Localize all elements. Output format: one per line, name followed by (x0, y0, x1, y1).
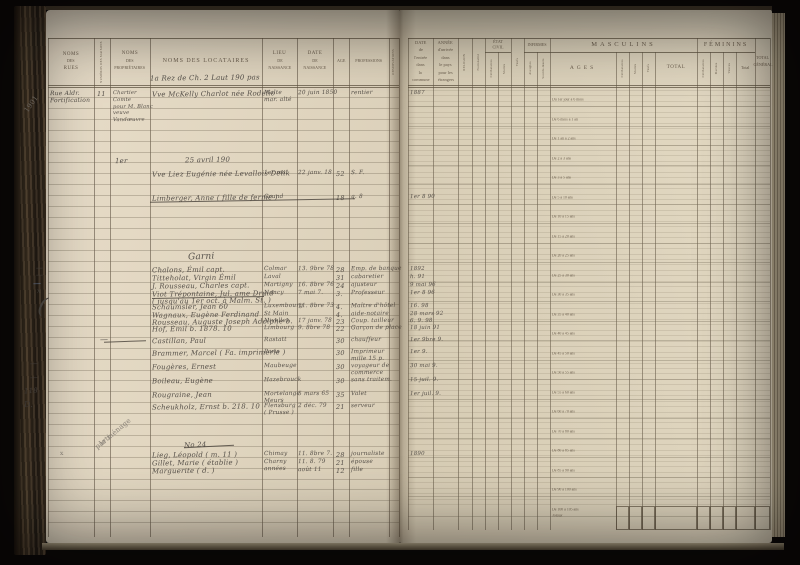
header-numeros-maisons: NUMÉROS DES MAISONS (94, 40, 110, 84)
grid-line (408, 488, 770, 489)
age-row-line (408, 243, 770, 244)
header-text: MASCULINS (591, 41, 656, 49)
age-bracket-label: De 15 à 20 ans (552, 235, 575, 239)
age-row-line (408, 223, 770, 224)
register-entry-place: Colmar (264, 266, 287, 272)
age-bracket-label: De 70 à 80 ans (552, 430, 575, 434)
register-entry-prof: voyageur de (351, 363, 389, 369)
grid-line (408, 303, 770, 304)
header-text: étrangers (437, 78, 453, 84)
header-religion: RELIGION (458, 39, 472, 85)
age-row-line (408, 457, 770, 458)
column-line (150, 38, 151, 537)
register-entry-place: Hazebrouck (264, 377, 302, 383)
register-entry-date: 2 déc. 79 (298, 403, 327, 409)
register-entry-place: Maubeuge (264, 363, 297, 369)
register-entry-name: Marguerite ( d. ) (152, 467, 215, 476)
header-celibataires: Célibataires (485, 52, 498, 85)
rule-line (48, 108, 399, 109)
register-entry-street: Fortification (50, 97, 90, 104)
column-line (48, 38, 49, 537)
totals-cell (629, 506, 642, 530)
header-text: NUMÉROS DES MAISONS (100, 41, 104, 83)
rule-line (48, 468, 399, 469)
rule-line (48, 261, 399, 262)
totaux-label: Totaux (552, 514, 562, 518)
header-text: de (418, 48, 422, 54)
header-text: TOTAL (756, 56, 769, 61)
column-line (537, 52, 538, 530)
margin-mark: — (36, 271, 43, 279)
column-line (511, 38, 512, 530)
column-line (755, 38, 756, 530)
grid-line (408, 373, 770, 374)
rule-line (48, 206, 399, 207)
grid-line (408, 150, 770, 151)
column-line (110, 38, 111, 537)
grid-line (408, 95, 770, 96)
register-entry-age: 30 (336, 337, 345, 345)
header-text: Célibataires (490, 59, 494, 77)
header-text: RELIGION (463, 54, 467, 71)
margin-mark: Garni (188, 252, 215, 263)
header-text: NOMS (63, 52, 79, 58)
register-entry-prof: rentier (351, 90, 373, 96)
register-entry-prof: chauffeur (351, 337, 381, 343)
grid-line (408, 259, 770, 260)
header-text: NAISSANCE (304, 66, 327, 71)
grid-line (408, 264, 770, 265)
age-row-line (408, 399, 770, 400)
age-bracket-label: De 45 à 50 ans (552, 352, 575, 356)
register-entry-prof: Imprimeur (351, 349, 384, 355)
age-bracket-label: De 55 à 60 ans (552, 391, 575, 395)
header-masc-veufs: Veufs (642, 52, 655, 85)
age-row-line (408, 379, 770, 380)
header-text: Veufs (516, 58, 520, 66)
grid-line (408, 395, 770, 396)
column-line (524, 38, 525, 530)
grid-line (408, 499, 770, 500)
grid-line (408, 286, 770, 287)
grid-line (408, 215, 770, 216)
age-row-line (408, 262, 770, 263)
register-entry-place: Flensburg (264, 403, 296, 409)
age-bracket-label: De 30 à 35 ans (552, 293, 575, 297)
totals-cell (755, 506, 770, 530)
age-row-line (408, 106, 770, 107)
register-entry-date: 9. 8bre 78 (298, 325, 330, 331)
grid-line (408, 199, 770, 200)
margin-mark: 25 avril 190 (185, 156, 230, 165)
grid-line (408, 101, 770, 102)
register-entry-date: 11. 8bre 73 (298, 303, 334, 309)
column-line (349, 38, 350, 537)
header-text: DATE (308, 51, 323, 57)
header-text: ÉTAT CIVIL (489, 40, 507, 50)
header-text: la (419, 70, 422, 76)
grid-line (408, 90, 770, 91)
age-bracket-label: Du 1er jour à 6 mois (552, 98, 584, 102)
age-bracket-label: De 5 à 10 ans (552, 196, 573, 200)
header-noms-des-rues: NOMS DES RUES (48, 40, 94, 84)
register-entry-place: St Main (264, 311, 289, 317)
header-text: AGE (337, 59, 345, 64)
header-text: dans (441, 55, 449, 61)
register-entry-prof: S. F. (351, 170, 364, 176)
book-gutter-shadow (386, 9, 416, 543)
age-row-line (408, 477, 770, 478)
column-line (472, 38, 473, 530)
register-entry-name: Hof, Émil b. 1878. 10 (152, 325, 232, 334)
register-entry-age: 30 (336, 363, 345, 371)
register-entry-prof: cabaretier (351, 274, 384, 280)
rule-line (48, 391, 399, 392)
header-ages: AGES (550, 52, 616, 85)
header-group-infirmes: INFIRMES (524, 39, 550, 52)
header-text: NOMS (122, 51, 138, 57)
register-entry-prof: ajusteur (351, 282, 377, 288)
register-entry-prof: Valet (351, 391, 367, 397)
grid-line (408, 406, 770, 407)
page-edges-right (772, 13, 785, 537)
age-row-line (408, 184, 770, 185)
rule-line (48, 489, 399, 490)
register-entry-prof: mille 15 p. (351, 356, 384, 362)
header-rule (48, 85, 399, 86)
grid-line (408, 270, 770, 271)
column-line (697, 38, 698, 530)
register-entry-name: Boileau, Eugène (152, 377, 213, 386)
age-bracket-label: De 3 à 5 ans (552, 176, 571, 180)
age-row-line (408, 145, 770, 146)
grid-line (408, 155, 770, 156)
header-noms-proprietaires: NOMS DES PROPRIÉTAIRES (110, 40, 150, 84)
header-text: DES (67, 59, 75, 64)
rule-line (48, 370, 399, 371)
register-entry-prop: Comte (113, 97, 131, 103)
header-text: pour les (438, 70, 452, 76)
rule-line (48, 228, 399, 229)
scanned-census-register-photo: NOMS DES RUES NUMÉROS DES MAISONS NOMS D… (0, 0, 800, 565)
grid-line (408, 433, 770, 434)
header-rule (48, 38, 399, 39)
header-masc-celibataires: Célibataires (616, 52, 629, 85)
register-entry-prof: aide-notaire (351, 311, 389, 317)
age-row-line (408, 360, 770, 361)
register-entry-place: Malte (264, 90, 282, 96)
grid-line (408, 128, 770, 129)
grid-line (408, 461, 770, 462)
age-bracket-label: De 60 à 70 ans (552, 410, 575, 414)
register-entry-date: 13. 9bre 78 (298, 266, 334, 272)
totals-cell (723, 506, 736, 530)
header-rule (408, 87, 770, 88)
rule-line (48, 424, 399, 425)
age-bracket-label: De 50 à 55 ans (552, 371, 575, 375)
header-text: Veuves (728, 63, 732, 74)
age-bracket-label: De 2 à 3 ans (552, 157, 571, 161)
grid-line (408, 226, 770, 227)
age-bracket-label: De 35 à 40 ans (552, 313, 575, 317)
header-text: Aveugles (529, 62, 533, 76)
margin-mark: 1er (115, 157, 128, 165)
age-bracket-label: De 80 à 85 ans (552, 449, 575, 453)
register-entry-name: Castillan, Paul (152, 337, 206, 346)
header-aveugles: Aveugles (524, 52, 537, 85)
age-row-line (408, 418, 770, 419)
header-text: TOTAL (667, 65, 685, 71)
column-line (94, 38, 95, 537)
column-line (550, 38, 551, 530)
register-entry-place: mar. alté (264, 97, 292, 103)
grid-line (408, 248, 770, 249)
grid-line (408, 450, 770, 451)
header-nationalite: Nationalité (472, 39, 485, 85)
rule-line (48, 239, 399, 240)
age-bracket-label: De 10 à 15 ans (552, 215, 575, 219)
register-entry-date: 22 janv. 18 (298, 170, 332, 176)
header-text: DES (126, 59, 134, 64)
grid-line (408, 161, 770, 162)
grid-line (408, 254, 770, 255)
grid-line (408, 166, 770, 167)
register-entry-prof: serveur (351, 403, 375, 409)
header-text: DE (312, 59, 317, 64)
rule-line (48, 184, 399, 185)
grid-line (408, 428, 770, 429)
register-entry-age: 22 (336, 325, 345, 333)
rule-line (48, 435, 399, 436)
age-bracket-label: De 40 à 45 ans (552, 332, 575, 336)
register-entry-age: 35 (336, 391, 345, 399)
header-text: Célibataires (702, 59, 706, 77)
grid-line (408, 324, 770, 325)
register-entry-date: 5 mars 65 (298, 391, 329, 397)
grid-line (408, 444, 770, 445)
grid-line (408, 297, 770, 298)
grid-line (408, 112, 770, 113)
register-entry-age: 30 (336, 377, 345, 385)
grid-line (408, 330, 770, 331)
column-line (655, 52, 656, 530)
header-text: dans (416, 63, 424, 69)
header-maries: Mariés (498, 52, 511, 85)
header-text: PROFESSIONS (356, 59, 383, 64)
rule-line (48, 152, 399, 153)
header-text: ANNÉE (438, 40, 453, 46)
age-bracket-label: De 100 à 105 ans (552, 508, 579, 512)
rule-line (48, 413, 399, 414)
header-professions: PROFESSIONS (349, 40, 389, 84)
header-fem-total: Total (736, 52, 755, 85)
register-entry-date: 17 janv. 78 (298, 318, 332, 324)
register-entry-age: 28 (336, 451, 345, 459)
register-entry-date: 11. 8bre 7. (298, 451, 332, 457)
register-entry-age: 4. (336, 303, 343, 311)
header-text: RUES (64, 66, 79, 72)
grid-line (408, 117, 770, 118)
register-entry-place: Limbourg (264, 325, 294, 331)
header-fem-mariees: Mariées (710, 52, 723, 85)
rule-line (48, 217, 399, 218)
totals-cell (642, 506, 655, 530)
register-entry-place: 1er mai (264, 170, 288, 176)
header-text: DE (277, 59, 282, 64)
header-lieu-naissance: LIEU DE NAISSANCE (262, 40, 297, 84)
register-entry-date: 11. 8. 79 (298, 459, 326, 465)
header-text: Célibataires (621, 59, 625, 77)
age-row-line (408, 282, 770, 283)
age-row-line (408, 438, 770, 439)
header-veufs: Veufs (511, 39, 524, 85)
header-sourds-muets: Sourds-muets (537, 52, 550, 85)
grid-line (408, 188, 770, 189)
grid-line (408, 390, 770, 391)
register-entry-prop: veuve (113, 110, 129, 116)
age-row-line (408, 204, 770, 205)
register-entry-place: Nancy (264, 290, 284, 296)
totals-cell (697, 506, 710, 530)
grid-line (408, 232, 770, 233)
header-text: Mariées (715, 63, 719, 75)
register-entry-prof: Professeur (351, 290, 385, 296)
totals-cell (736, 506, 755, 530)
grid-line (408, 194, 770, 195)
header-text: Sourds-muets (542, 58, 546, 78)
column-line (736, 52, 737, 530)
register-entry-age: 31 (336, 274, 345, 282)
register-entry-age: 28 (336, 266, 345, 274)
register-entry-date: 7 mai 7. (298, 290, 323, 296)
grid-line (408, 466, 770, 467)
grid-line (408, 221, 770, 222)
rule-line (48, 119, 399, 120)
register-entry-prop: Vandœuvre (113, 117, 145, 123)
register-entry-place: Charny (264, 459, 287, 465)
age-row-line (408, 165, 770, 166)
column-line (262, 38, 263, 537)
age-bracket-label: De 20 à 25 ans (552, 254, 575, 258)
margin-mark: 118 (24, 387, 38, 396)
header-text: LIEU (273, 51, 286, 57)
header-text: PROPRIÉTAIRES (115, 66, 146, 71)
margin-mark: 1a Rez de Ch. 2 Laut 190 pas (150, 73, 260, 82)
grid-line (408, 384, 770, 385)
grid-line (408, 335, 770, 336)
register-entry-place: années (264, 466, 286, 472)
rule-line (48, 130, 399, 131)
header-masculins: MASCULINS (550, 39, 697, 52)
header-total-general: TOTAL GÉNÉRAL (755, 39, 770, 85)
register-entry-name: Fougères, Ernest (152, 363, 216, 372)
header-text: NAISSANCE (268, 66, 291, 71)
register-entry-place: Rastatt (264, 337, 287, 343)
totals-cell (616, 506, 629, 530)
rule-line (48, 500, 399, 501)
grid-line (408, 308, 770, 309)
header-group-etat-civil: ÉTAT CIVIL (485, 39, 511, 52)
header-text: Mariés (634, 63, 638, 73)
header-text: NOMS DES LOCATAIRES (163, 58, 250, 66)
header-masc-maries: Mariés (629, 52, 642, 85)
grid-line (408, 134, 770, 135)
column-line (616, 52, 617, 530)
register-entry-place: Mortelange (264, 391, 300, 397)
column-line (458, 38, 459, 530)
header-text: Mariés (503, 63, 507, 73)
register-entry-date: 20 juin 1850 (298, 90, 337, 96)
header-date-naissance: DATE DE NAISSANCE (297, 40, 333, 84)
header-text: FÉMININS (704, 42, 748, 50)
column-line (770, 38, 771, 530)
column-line (498, 52, 499, 530)
column-line (642, 52, 643, 530)
age-row-line (408, 126, 770, 127)
age-bracket-label: De 90 à 100 ans (552, 488, 577, 492)
grid-line (408, 177, 770, 178)
age-bracket-label: De 25 à 30 ans (552, 274, 575, 278)
grid-line (408, 172, 770, 173)
age-row-line (408, 301, 770, 302)
register-entry-num: 11 (97, 90, 106, 98)
rule-line (48, 479, 399, 480)
grid-line (408, 210, 770, 211)
register-entry-age: 21 (336, 403, 345, 411)
margin-mark: D. (24, 400, 33, 409)
grid-line (408, 357, 770, 358)
grid-line (408, 139, 770, 140)
register-entry-age: 21 (336, 459, 345, 467)
totals-cell (655, 506, 697, 530)
header-text: Nationalité (477, 54, 481, 71)
rule-line (48, 511, 399, 512)
margin-mark: x (60, 450, 64, 457)
header-text: DATE (415, 40, 426, 46)
register-entry-name: Vve McKelly Charlot née Rodelio (152, 89, 275, 98)
header-age: AGE (333, 40, 349, 84)
register-entry-place: Nivelles (264, 318, 289, 324)
rule-line (48, 250, 399, 251)
register-entry-prof: journaliste (351, 451, 385, 457)
grid-line (408, 472, 770, 473)
register-entry-prop: Chartier (113, 90, 137, 96)
register-entry-prop: pour M. Blanc (113, 103, 153, 109)
grid-line (408, 493, 770, 494)
page-edges-bottom (42, 543, 784, 550)
grid-line (408, 346, 770, 347)
totals-cell (710, 506, 723, 530)
rule-line (48, 141, 399, 142)
age-bracket-label: De 6 mois à 1 an (552, 118, 578, 122)
header-text: Total (741, 66, 749, 71)
header-text: Veufs (647, 64, 651, 72)
grid-line (408, 123, 770, 124)
margin-mark: — (30, 359, 38, 368)
grid-line (408, 275, 770, 276)
grid-line (408, 412, 770, 413)
grid-line (408, 422, 770, 423)
header-text: le pays (439, 63, 451, 69)
register-entry-age: 3. (336, 290, 343, 298)
grid-line (408, 313, 770, 314)
rule-line (48, 359, 399, 360)
register-entry-name: Rougraine, Jean (152, 391, 212, 400)
header-text: AGES (570, 65, 596, 72)
grid-line (408, 352, 770, 353)
margin-mark: — (30, 373, 38, 382)
register-entry-date: 16. 8bre 76 (298, 282, 334, 288)
